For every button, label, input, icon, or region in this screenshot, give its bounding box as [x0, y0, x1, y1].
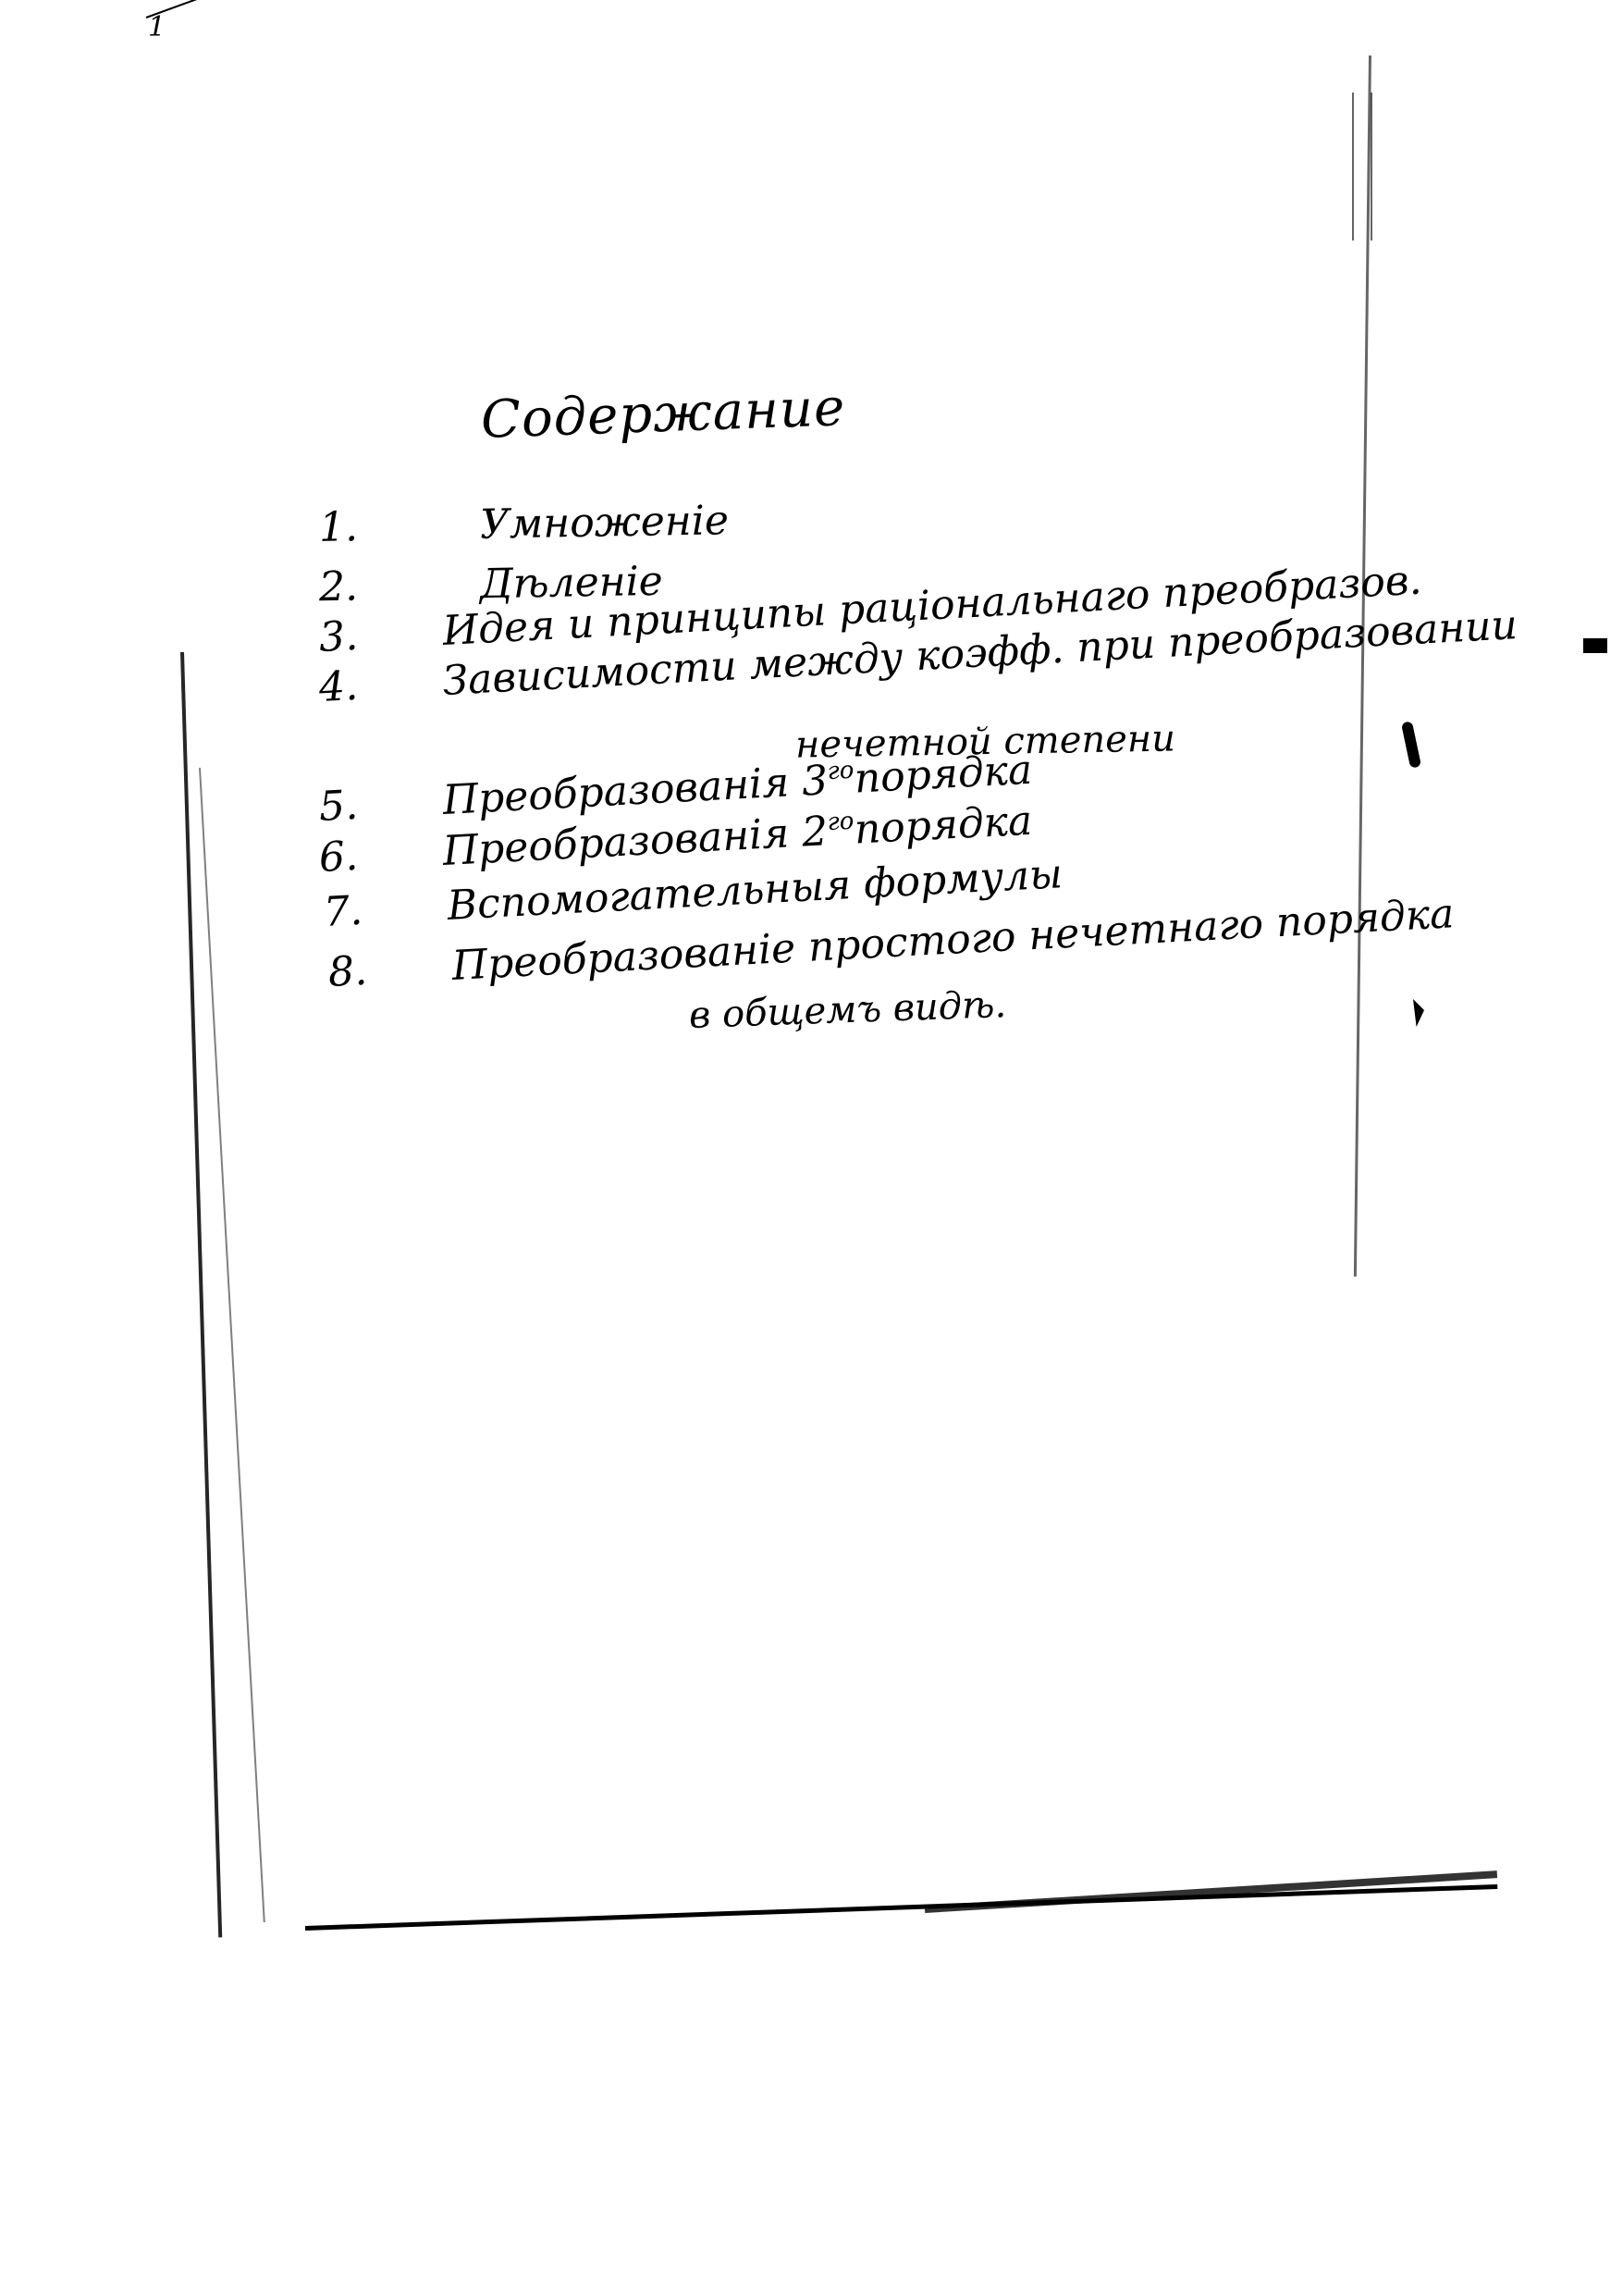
- entry-number: 1.: [319, 506, 431, 549]
- entry-number: 2.: [319, 565, 431, 608]
- page-right-tear: [1352, 93, 1372, 241]
- entry-text-suffix: порядка: [854, 749, 1034, 799]
- page-title: Содержание: [480, 377, 846, 451]
- ordinal-suffix: го: [827, 757, 855, 785]
- entry-number: 7.: [323, 887, 436, 933]
- entry-text: Умноженіе: [480, 500, 730, 546]
- page-bottom-edge: [305, 1884, 1497, 1931]
- entry-number: 4.: [318, 662, 431, 709]
- toc-entry-1: 1. Умноженіе: [319, 500, 730, 549]
- entry-number: 5.: [318, 781, 431, 827]
- ordinal-suffix: го: [827, 808, 855, 836]
- page-left-edge: [180, 652, 222, 1938]
- manuscript-page: 1 Содержание 1. Умноженіе 2. Дѣленіе 3. …: [0, 0, 1623, 2296]
- page-left-edge-inner: [199, 768, 265, 1922]
- entry-number: 3.: [318, 612, 431, 659]
- entry-number: 6.: [318, 832, 431, 878]
- ink-blot: [1583, 638, 1607, 653]
- toc-entry-8-continuation: в общемъ видѣ.: [688, 986, 1006, 1034]
- entry-text-suffix: порядка: [854, 800, 1034, 850]
- entry-number: 8.: [327, 947, 440, 994]
- ink-blot: [1401, 721, 1421, 768]
- ink-blot: [1413, 999, 1424, 1027]
